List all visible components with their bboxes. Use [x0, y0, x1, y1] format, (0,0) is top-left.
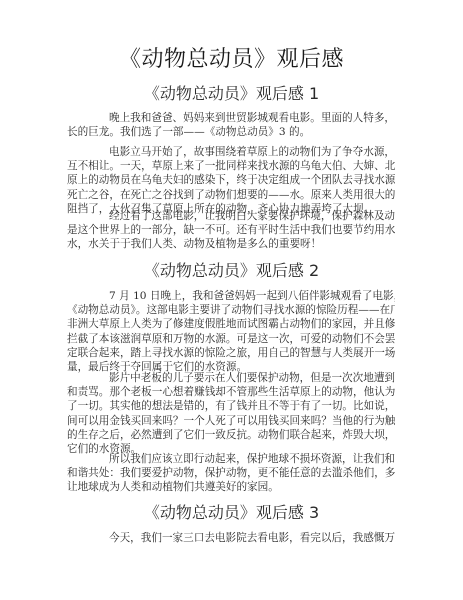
paragraph: 今天，我们一家三口去电影院去看电影，看完以后，我感慨万分。: [67, 531, 395, 545]
text-line: 间可以用金钱买回来吗？一个人死了可以用钱买回来吗？当他的行为触犯到动物们: [67, 414, 395, 428]
text-line: 原上的动物员在乌龟夫妇的感染下，终于决定组成一个团队去寻找水源。它们来到: [67, 173, 395, 187]
text-line: 定联合起来，踏上寻找水源的惊险之旅，用自己的智慧与人类展开一场真正的较: [67, 346, 395, 360]
text-line: 水，水关于于我们人类、动物及植物是多么的重要呀！: [67, 237, 395, 251]
main-title: 《动物总动员》观后感: [0, 42, 463, 73]
text-line: 影片中老板的儿子要示在人们要保护动物，但是一次次地遭到大人的拒绝: [67, 371, 395, 385]
text-line: 和谐共处：我们要爱护动物，保护动物，更不能任意的去滥杀他们，多植树造林，: [67, 466, 395, 480]
text-line: 和责骂。那个老板一心想着赚钱却不管那些生活草原上的动物，他认为有了钱就有: [67, 385, 395, 399]
text-line: 是这个世界上的一部分，缺一不可。还有平时生活中我们也要节约用水，珍惜用: [67, 223, 395, 237]
text-line: 的生存之后，必然遭到了它们一致反抗。动物们联合起来，炸毁大坝，夺回了属于: [67, 428, 395, 442]
paragraph: 经过看了这部电影，让我明白大家要保护环境，保护森林及动物，人类只 是这个世界上的…: [67, 209, 395, 252]
section-heading-2: 《动物总动员》观后感 2: [0, 258, 463, 281]
section-heading-1: 《动物总动员》观后感 1: [0, 81, 463, 104]
paragraph: 电影立马开始了，故事围绕着草原上的动物们为了争夺水源，经常搏斗， 互不相让。一天…: [67, 145, 395, 216]
text-line: 让地球成为人类和动植物们共遵美好的家园。: [67, 480, 395, 494]
text-line: 长的巨龙。我们选了一部——《动物总动员》3 的。: [67, 125, 395, 139]
paragraph: 影片中老板的儿子要示在人们要保护动物，但是一次次地遭到大人的拒绝 和责骂。那个老…: [67, 371, 395, 456]
text-line: 电影立马开始了，故事围绕着草原上的动物们为了争夺水源，经常搏斗，: [67, 145, 395, 159]
paragraph: 7 月 10 日晚上，我和爸爸妈妈一起到八佰伴影城观看了电影，名字叫 《动物总动…: [67, 289, 395, 374]
text-line: 非洲大草原上人类为了修建度假胜地而试图霸占动物们的家园，并且修起一座大坝，: [67, 317, 395, 331]
paragraph: 晚上我和爸爸、妈妈来到世贸影城观看电影。里面的人特多，都排成了长 长的巨龙。我们…: [67, 111, 395, 139]
text-line: 经过看了这部电影，让我明白大家要保护环境，保护森林及动物，人类只: [67, 209, 395, 223]
text-line: 《动物总动员》。这部电影主要讲了动物们寻找水源的惊险历程——在广袤无际的: [67, 303, 395, 317]
text-line: 死亡之谷，在死亡之谷找到了动物们想要的——水。原来人类用很大的巨坝把水源: [67, 188, 395, 202]
text-line: 7 月 10 日晚上，我和爸爸妈妈一起到八佰伴影城观看了电影，名字叫: [67, 289, 395, 303]
paragraph: 所以我们应该立即行动起来，保护地球不损坏资源，让我们和动物植物们 和谐共处：我们…: [67, 452, 395, 495]
section-heading-3: 《动物总动员》观后感 3: [0, 500, 463, 523]
text-line: 晚上我和爸爸、妈妈来到世贸影城观看电影。里面的人特多，都排成了长: [67, 111, 395, 125]
document-page: 《动物总动员》观后感 《动物总动员》观后感 1 晚上我和爸爸、妈妈来到世贸影城观…: [0, 0, 463, 600]
text-line: 拦截了本该滋润草原和万物的水源。可是这一次，可爱的动物们不会罢休，它们决: [67, 332, 395, 346]
text-line: 所以我们应该立即行动起来，保护地球不损坏资源，让我们和动物植物们: [67, 452, 395, 466]
text-line: 了一切。其实他的想法是错的，有了钱并且不等于有了一切。比如说，你浪费的时: [67, 399, 395, 413]
text-line: 互不相让。一天，草原上来了一批同样来找水源的乌龟大伯、大婶、北极熊等。草: [67, 159, 395, 173]
text-line: 今天，我们一家三口去电影院去看电影，看完以后，我感慨万分。: [67, 531, 395, 545]
